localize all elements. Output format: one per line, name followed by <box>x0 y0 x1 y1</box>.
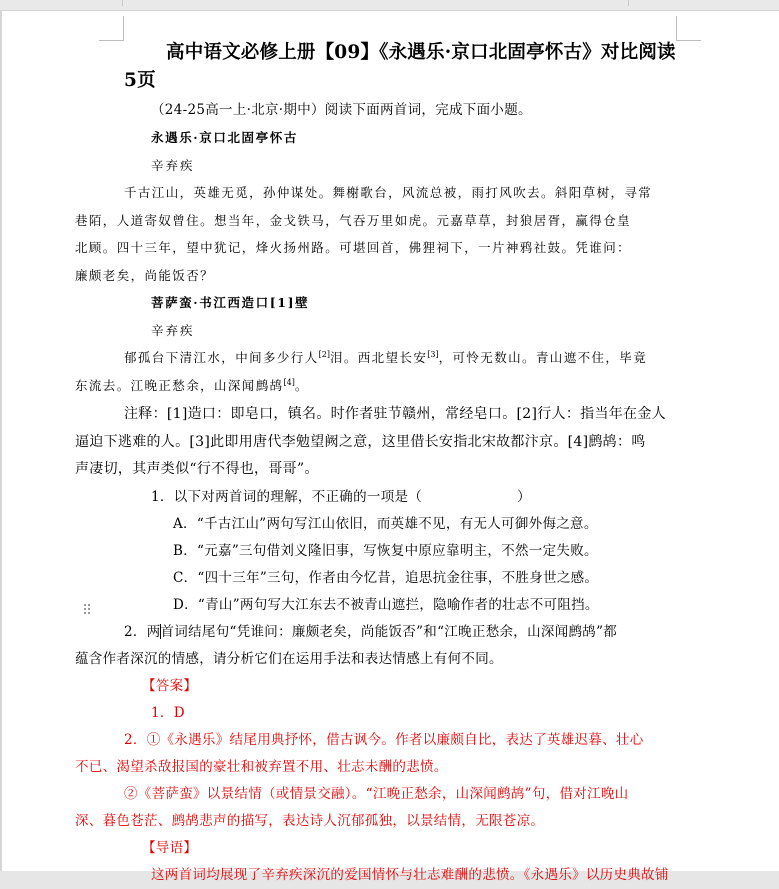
poem2-line: 东流去。江晚正愁余，山深闻鹧鸪[4]。 <box>75 372 680 400</box>
margin-corner-mark-top-left <box>99 16 124 41</box>
annotation-line: 声凄切，其声类似“行不得也，哥哥”。 <box>75 456 680 484</box>
footnote-ref-2: [2] <box>319 350 330 359</box>
option-c: C．“四十三年”三句，作者由今忆昔，追思抗金往事，不胜身世之感。 <box>124 565 680 592</box>
poem2-title: 菩萨蛮·书江西造口[1]壁 <box>124 289 680 317</box>
annotation-line: 逼迫下逃难的人。[3]此即用唐代李勉望阙之意，这里借长安指北宋故都汴京。[4]鹧… <box>75 429 680 457</box>
answer-heading: 【答案】 <box>124 673 680 700</box>
question-1-close: ） <box>517 489 531 505</box>
question-2: 2．两首词结尾句“凭谁问：廉颇老矣，尚能饭否”和“江晚正愁余，山深闻鹧鸪”都 蕴… <box>75 619 680 673</box>
poem2-text-segment: 。 <box>295 378 309 393</box>
answer-2-line: 2．①《永遇乐》结尾用典抒怀，借古讽今。作者以廉颇自比，表达了英雄迟暮、壮心 <box>75 727 680 754</box>
option-b: B．“元嘉”三句借刘义隆旧事，写恢复中原应靠明主，不然一定失败。 <box>124 538 680 565</box>
question-1-stem: 1．以下对两首词的理解，不正确的一项是（） <box>124 484 680 511</box>
document-page[interactable]: 高中语文必修上册【09】《永遇乐·京口北固亭怀古》对比阅读5页 （24-25高一… <box>2 11 779 871</box>
poem1-text: 千古江山，英雄无觅，孙仲谋处。舞榭歌台，风流总被，雨打风吹去。斜阳草树，寻常 巷… <box>75 179 680 289</box>
answer-2-line: 不已、渴望杀敌报国的豪壮和被弃置不用、壮志未酬的悲愤。 <box>75 754 680 781</box>
question-2-stem-line2: 蕴含作者深沉的情感，请分析它们在运用手法和表达情感上有何不同。 <box>75 646 680 673</box>
answer-section: 【答案】 1．D 2．①《永遇乐》结尾用典抒怀，借古讽今。作者以廉颇自比，表达了… <box>124 673 680 872</box>
guide-heading: 【导语】 <box>124 835 680 862</box>
poem2-text-segment: 郁孤台下清江水，中间多少行人 <box>124 350 319 365</box>
poem1-title: 永遇乐·京口北固亭怀古 <box>124 124 680 152</box>
question-2-text: 2．两 <box>124 624 161 640</box>
option-d: D．“青山”两句写大江东去不被青山遮拦，隐喻作者的壮志不可阻挡。 <box>124 592 680 619</box>
paragraph-drag-handle-icon[interactable] <box>84 604 94 618</box>
poem1-line: 巷陌，人道寄奴曾住。想当年，金戈铁马，气吞万里如虎。元嘉草草，封狼居胥，赢得仓皇 <box>75 207 680 235</box>
document-body[interactable]: 高中语文必修上册【09】《永遇乐·京口北固亭怀古》对比阅读5页 （24-25高一… <box>124 39 680 871</box>
page-gap <box>0 0 779 11</box>
question-1: 1．以下对两首词的理解，不正确的一项是（） A．“千古江山”两句写江山依旧，而英… <box>124 484 680 619</box>
guide-text: 这两首词均展现了辛弃疾深沉的爱国情怀与壮志难酬的悲愤。《永遇乐》以历史典故铺 <box>124 862 680 872</box>
poem1-line: 千古江山，英雄无觅，孙仲谋处。舞榭歌台，风流总被，雨打风吹去。斜阳草树，寻常 <box>75 179 680 207</box>
margin-corner-mark-top-right <box>676 16 701 41</box>
poem1-author: 辛弃疾 <box>124 152 680 180</box>
annotation-line: 注释：[1]造口：即皂口，镇名。时作者驻节赣州，常经皂口。[2]行人：指当年在金… <box>75 401 680 429</box>
poem2-text-segment: 泪。西北望长安 <box>330 350 427 365</box>
question-2-text: 首词结尾句“凭谁问：廉颇老矣，尚能饭否”和“江晚正愁余，山深闻鹧鸪”都 <box>161 624 618 640</box>
poem2-text: 郁孤台下清江水，中间多少行人[2]泪。西北望长安[3]，可怜无数山。青山遮不住，… <box>75 344 680 399</box>
poem2-text-segment: 东流去。江晚正愁余，山深闻鹧鸪 <box>75 378 284 393</box>
question-1-text: 1．以下对两首词的理解，不正确的一项是（ <box>151 489 422 505</box>
footnote-ref-3: [3] <box>427 350 438 359</box>
footnote-ref-4: [4] <box>284 377 295 386</box>
prev-page-corner-mark <box>628 0 629 6</box>
annotations: 注释：[1]造口：即皂口，镇名。时作者驻节赣州，常经皂口。[2]行人：指当年在金… <box>75 401 680 484</box>
answer-2-line: 深、暮色苍茫、鹧鸪悲声的描写，表达诗人沉郁孤独，以景结情，无限苍凉。 <box>75 808 680 835</box>
source-line: （24-25高一上·北京·期中）阅读下面两首词，完成下面小题。 <box>124 97 680 124</box>
prev-page-corner-mark <box>122 0 123 6</box>
option-a: A．“千古江山”两句写江山依旧，而英雄不见，有无人可御外侮之意。 <box>124 511 680 538</box>
poem2-line: 郁孤台下清江水，中间多少行人[2]泪。西北望长安[3]，可怜无数山。青山遮不住，… <box>75 344 680 372</box>
answer-2: 2．①《永遇乐》结尾用典抒怀，借古讽今。作者以廉颇自比，表达了英雄迟暮、壮心 不… <box>75 727 680 835</box>
document-title: 高中语文必修上册【09】《永遇乐·京口北固亭怀古》对比阅读5页 <box>124 39 680 95</box>
question-2-stem: 2．两首词结尾句“凭谁问：廉颇老矣，尚能饭否”和“江晚正愁余，山深闻鹧鸪”都 <box>75 619 680 646</box>
poem1-line: 廉颇老矣，尚能饭否？ <box>75 262 680 290</box>
poem2-author: 辛弃疾 <box>124 317 680 345</box>
poem1-line: 北顾。四十三年，望中犹记，烽火扬州路。可堪回首，佛狸祠下，一片神鸦社鼓。凭谁问： <box>75 234 680 262</box>
poem2-text-segment: ，可怜无数山。青山遮不住，毕竟 <box>439 350 648 365</box>
answer-2-line: ②《菩萨蛮》以景结情（或情景交融）。“江晚正愁余，山深闻鹧鸪”句，借对江晚山 <box>75 781 680 808</box>
answer-1: 1．D <box>124 700 680 727</box>
